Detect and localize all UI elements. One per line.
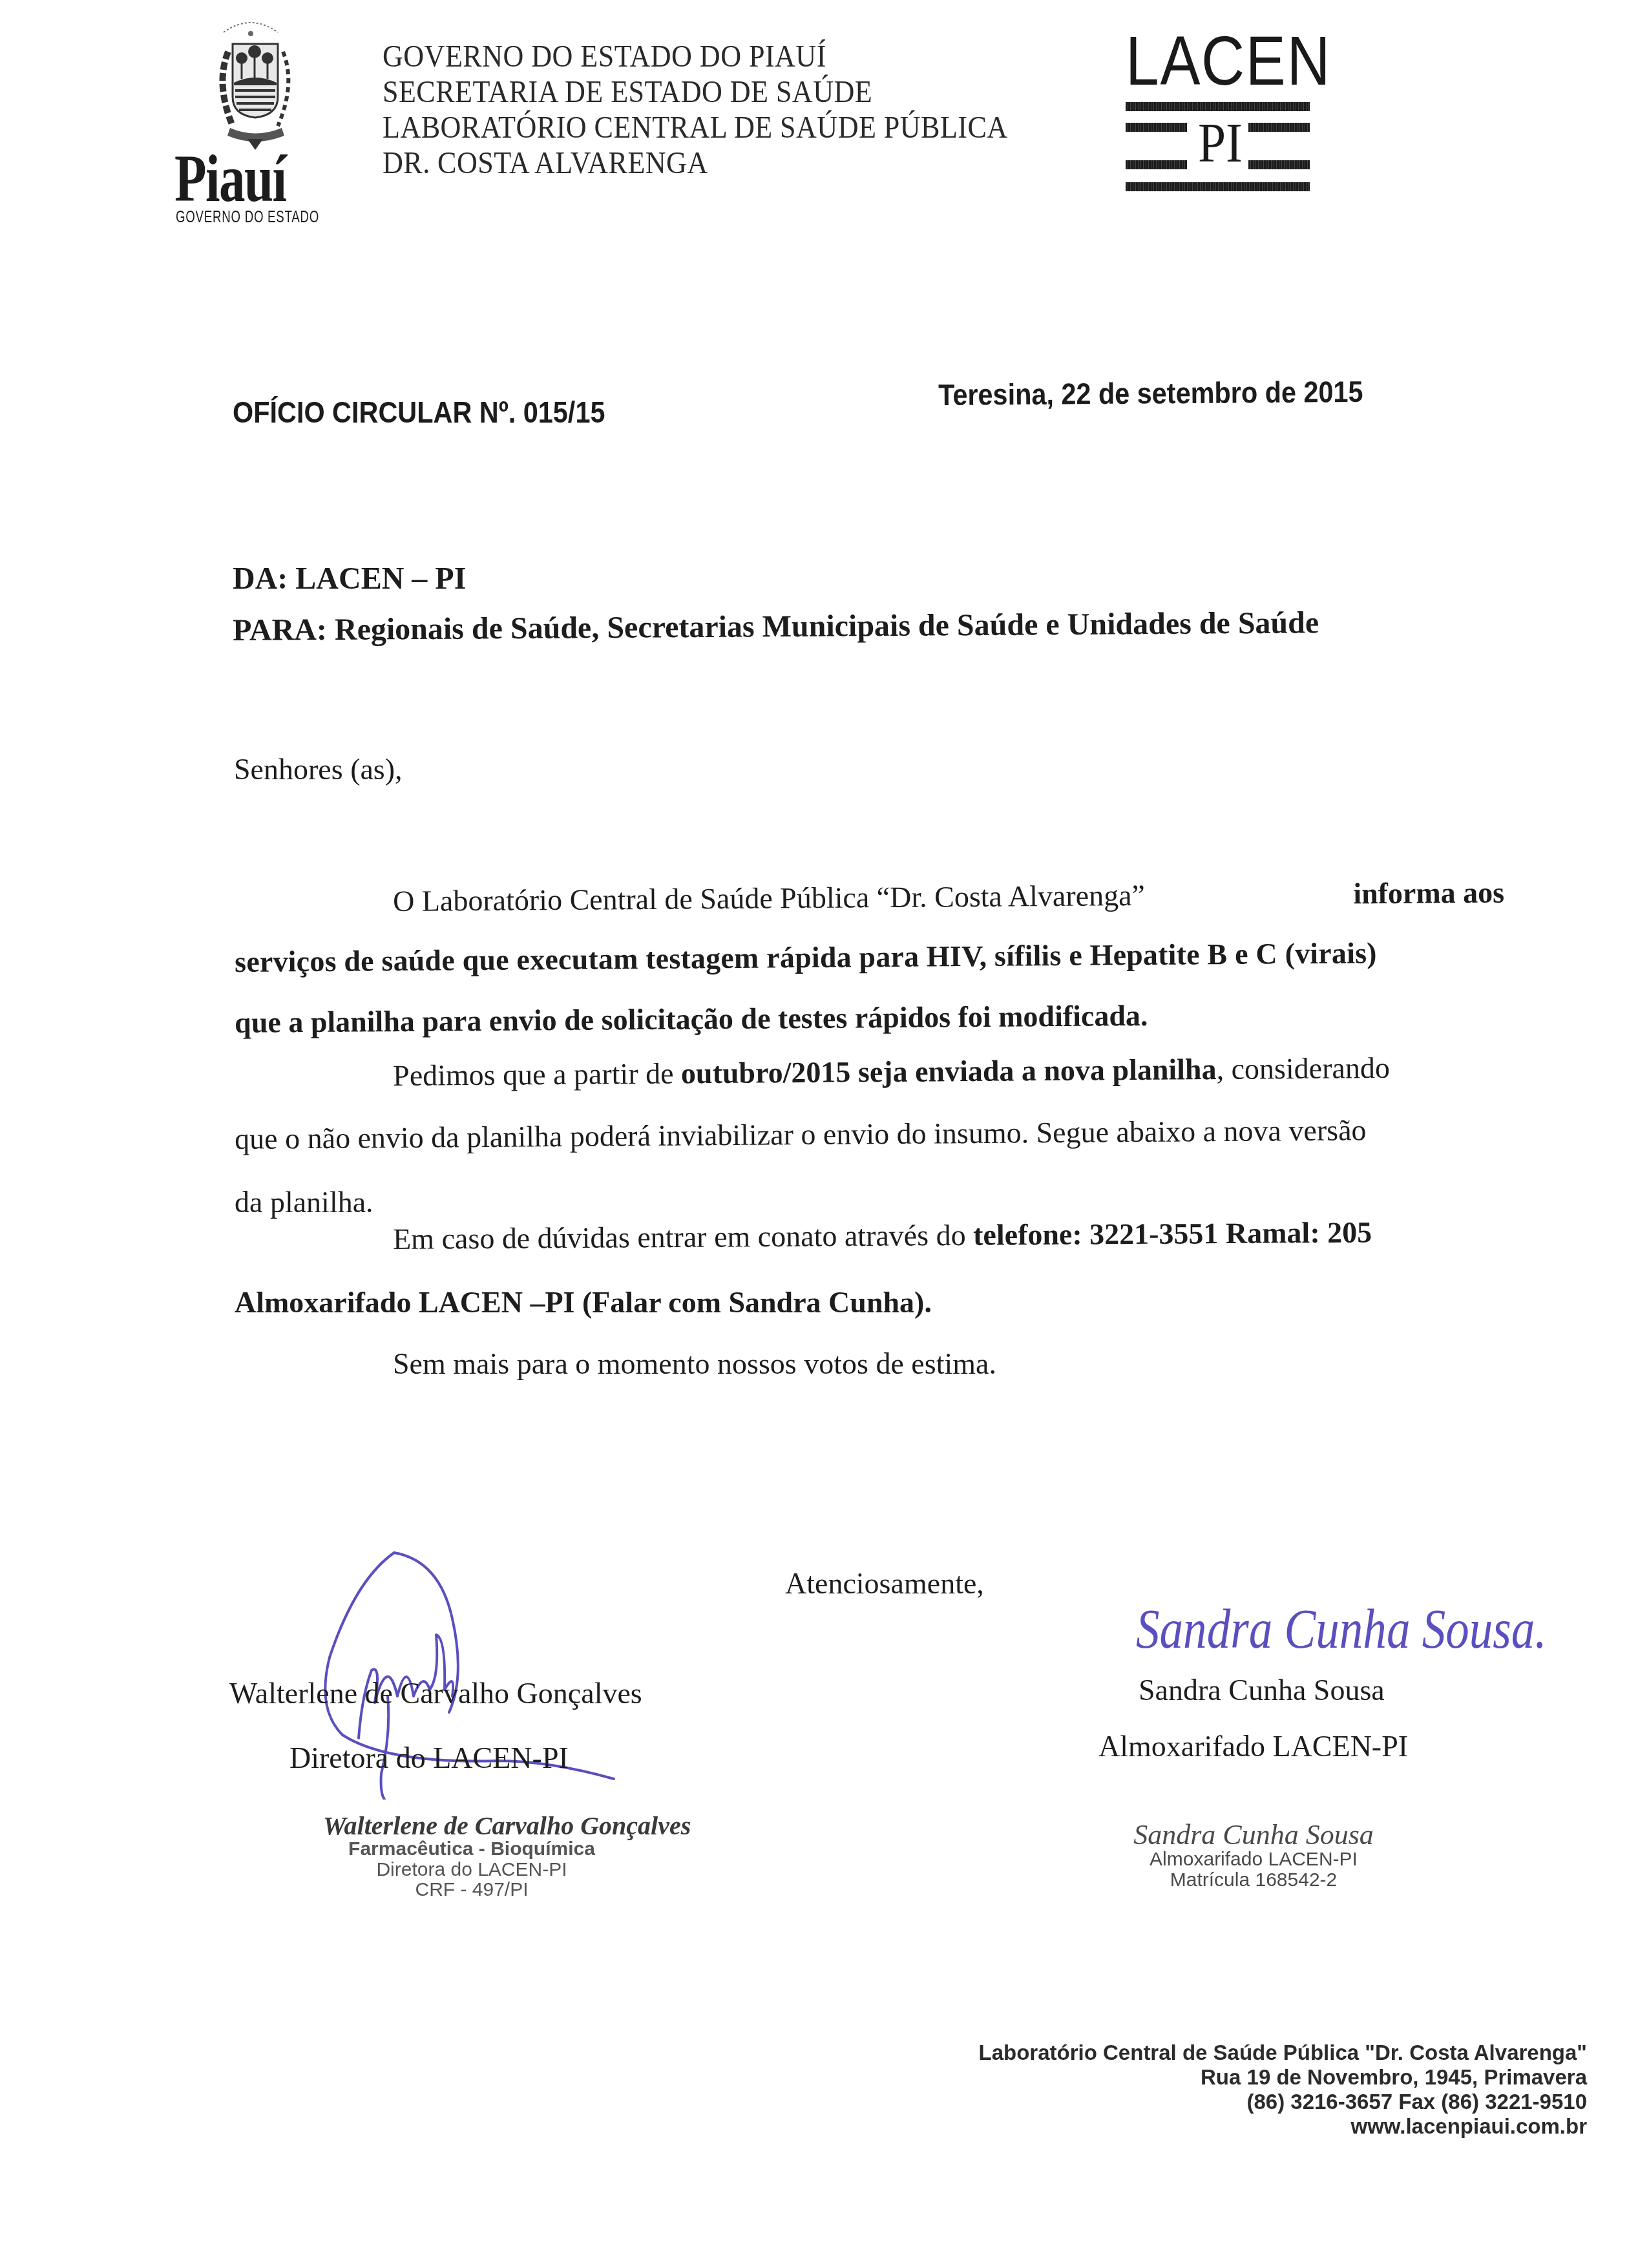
complimentary-close: Atenciosamente, [785,1569,984,1599]
place-and-date: Teresina, 22 de setembro de 2015 [938,377,1363,410]
from-label: DA: [233,562,288,596]
signatory-storekeeper-role: Almoxarifado LACEN-PI [1098,1732,1408,1761]
lacen-logo-text: LACEN [1126,26,1331,96]
logo-rule [1248,123,1310,132]
to-line: PARA: Regionais de Saúde, Secretarias Mu… [233,607,1319,646]
to-label: PARA: [233,613,327,647]
lacen-logo-pi-text: PI [1198,115,1243,171]
logo-rule [1126,182,1310,191]
paragraph-2-line-3: da planilha. [235,1188,373,1217]
logo-rule [1126,123,1187,132]
footer: Laboratório Central de Saúde Pública "Dr… [979,2042,1587,2137]
handwritten-signature-storekeeper: Sandra Cunha Sousa. [1136,1601,1547,1657]
stamp-line: CRF - 497/PI [323,1880,620,1900]
stamp-line: Sandra Cunha Sousa [1111,1821,1396,1849]
from-value: LACEN – PI [295,562,466,596]
lacen-pi-logo: LACEN PI [1126,26,1319,194]
paragraph-text: O Laboratório Central de Saúde Pública “… [393,881,1145,916]
header-line-government: GOVERNO DO ESTADO DO PIAUÍ [383,40,826,72]
salutation: Senhores (as), [234,755,403,784]
paragraph-1-line-1: O Laboratório Central de Saúde Pública “… [393,877,1504,916]
logo-rule [1126,160,1187,169]
to-value: Regionais de Saúde, Secretarias Municipa… [335,605,1319,647]
paragraph-3-line-1: Em caso de dúvidas entrar em conato atra… [393,1217,1372,1254]
signatory-director-role: Diretora do LACEN-PI [289,1743,569,1773]
paragraph-1-line-3: que a planilha para envio de solicitação… [235,1001,1148,1038]
document-reference: OFÍCIO CIRCULAR Nº. 015/15 [233,397,605,427]
footer-address: Rua 19 de Novembro, 1945, Primavera [979,2066,1587,2088]
logo-rule [1126,102,1310,111]
paragraph-bold-text: outubro/2015 seja enviada a nova planilh… [681,1053,1217,1090]
stamp-line: Farmacêutica - Bioquímica [323,1839,620,1860]
footer-phone-fax: (86) 3216-3657 Fax (86) 3221-9510 [979,2091,1587,2112]
state-name: Piauí [174,145,286,213]
header-line-secretariat: SECRETARIA DE ESTADO DE SAÚDE [383,76,872,107]
paragraph-2-line-2: que o não envio da planilha poderá invia… [235,1115,1367,1154]
logo-rule [1248,160,1310,169]
signatory-director-name: Walterlene de Carvalho Gonçalves [229,1679,642,1708]
stamp-line: Matrícula 168542-2 [1111,1870,1396,1891]
stamp-line: Diretora do LACEN-PI [323,1860,620,1880]
signatory-storekeeper-name: Sandra Cunha Sousa [1139,1675,1385,1705]
state-government-label: GOVERNO DO ESTADO [176,207,319,227]
header-line-laboratory: LABORATÓRIO CENTRAL DE SAÚDE PÚBLICA [383,111,1008,143]
stamp-line: Almoxarifado LACEN-PI [1111,1849,1396,1870]
paragraph-1-line-2: serviços de saúde que executam testagem … [235,938,1504,977]
contact-phone: telefone: 3221-3551 Ramal: 205 [973,1215,1372,1251]
paragraph-text: Pedimos que a partir de [393,1057,674,1092]
paragraph-bold-text: informa aos [1353,877,1504,908]
paragraph-text: Em caso de dúvidas entrar em conato atra… [393,1219,966,1255]
storekeeper-stamp: Sandra Cunha Sousa Almoxarifado LACEN-PI… [1111,1821,1396,1890]
paragraph-3-line-2: Almoxarifado LACEN –PI (Falar com Sandra… [235,1288,932,1318]
paragraph-2-line-1: Pedimos que a partir de outubro/2015 sej… [393,1053,1390,1091]
director-stamp: Walterlene de Carvalho Gonçalves Farmacê… [323,1813,620,1900]
footer-lab-name: Laboratório Central de Saúde Pública "Dr… [979,2042,1587,2063]
paragraph-text: , considerando [1216,1051,1390,1086]
closing-sentence: Sem mais para o momento nossos votos de … [393,1349,996,1379]
from-line: DA: LACEN – PI [233,563,466,594]
header-line-dr-costa-alvarenga: DR. COSTA ALVARENGA [383,147,708,178]
footer-website: www.lacenpiaui.com.br [979,2116,1587,2137]
stamp-line: Walterlene de Carvalho Gonçalves [323,1813,620,1839]
